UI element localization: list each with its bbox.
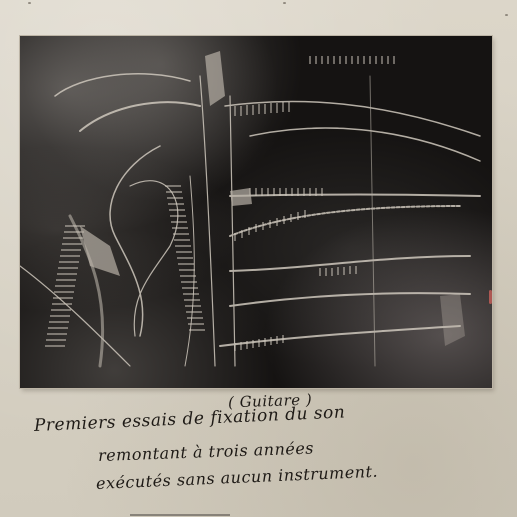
paper-speck xyxy=(28,2,31,4)
caption-line-1: Premiers essais de fixation du son xyxy=(34,402,346,436)
caption-line-2: remontant à trois années xyxy=(98,438,315,465)
red-mark xyxy=(489,290,492,304)
handwritten-caption: ( Guitare ) Premiers essais de fixation … xyxy=(0,390,517,517)
paper-page: ( Guitare ) Premiers essais de fixation … xyxy=(0,0,517,517)
vibration-traces xyxy=(20,36,492,388)
paper-speck xyxy=(283,2,286,4)
divider-rule xyxy=(130,514,230,516)
caption-line-3: exécutés sans aucun instrument. xyxy=(96,462,379,493)
sound-trace-photograph xyxy=(20,36,492,388)
paper-speck xyxy=(505,14,508,16)
